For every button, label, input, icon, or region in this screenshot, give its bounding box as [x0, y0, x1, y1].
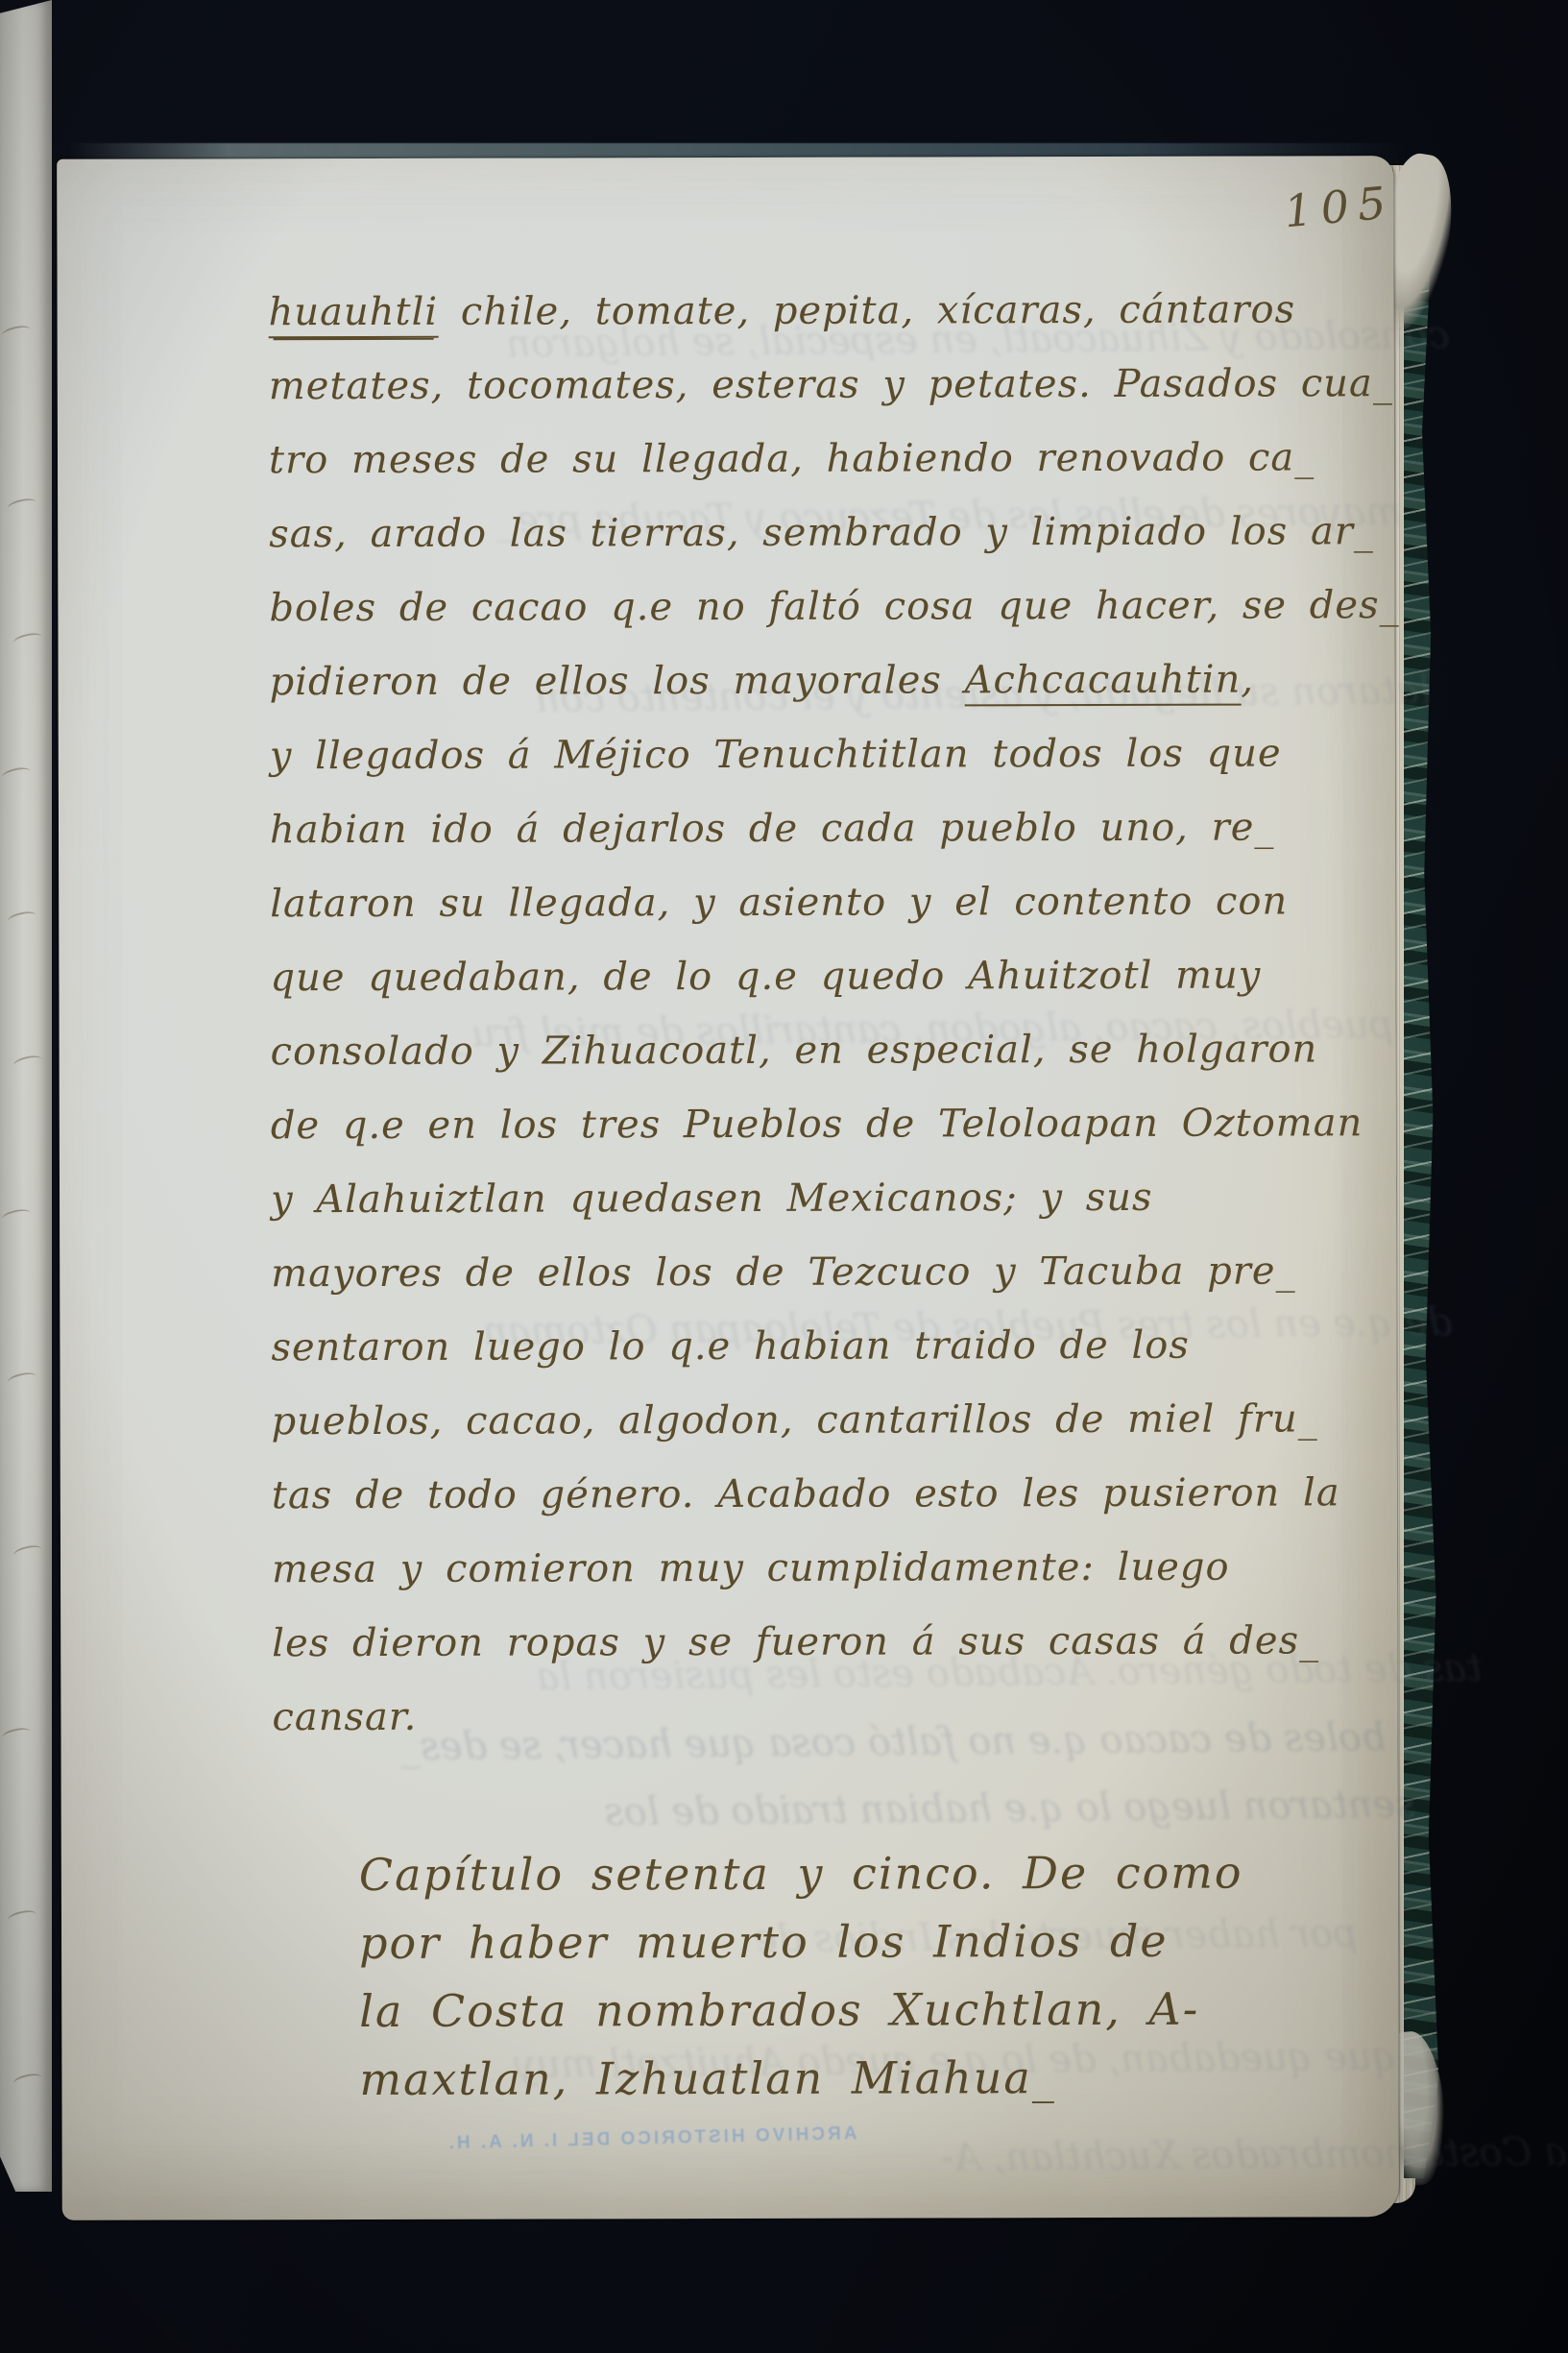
line-text: tro meses de su llegada, habiendo renova…: [269, 435, 1315, 482]
line-text: de q.e en los tres Pueblos de Teloloapan…: [271, 1101, 1363, 1148]
line-text: metates, tocomates, esteras y petates. P…: [269, 361, 1393, 408]
manuscript-line-4: sas, arado las tierras, sembrado y limpi…: [269, 495, 1411, 571]
manuscript-line-14: mayores de ellos los de Tezcuco y Tacuba…: [271, 1234, 1413, 1311]
line-text: sentaron luego lo q.e habian traido de l…: [271, 1323, 1190, 1371]
edge-ink-mark: [1, 1726, 32, 1744]
manuscript-line-8: habian ido á dejarlos de cada pueblo uno…: [270, 790, 1412, 867]
manuscript-line-7: y llegados á Méjico Tenuchtitlan todos l…: [270, 716, 1412, 793]
underlined-word: Achcacauhtin: [965, 658, 1242, 707]
line-text: pidieron de ellos los mayorales: [270, 658, 965, 704]
line-text: que quedaban, de lo q.e quedo Ahuitzotl …: [270, 954, 1261, 1001]
underlined-word: huauhtli: [269, 290, 439, 338]
previous-page-edge: [0, 0, 52, 2192]
line-text: mesa y comieron muy cumplidamente: luego: [272, 1545, 1230, 1592]
edge-ink-mark: [7, 497, 37, 515]
line-text: ,: [1241, 658, 1254, 702]
line-text: pueblos, cacao, algodon, cantarillos de …: [272, 1396, 1318, 1443]
manuscript-line-5: boles de cacao q.e no faltó cosa que hac…: [269, 569, 1411, 645]
photo-background: consolado y Zihuacoatl, en especial, se …: [0, 0, 1568, 2353]
line-text: sas, arado las tierras, sembrado y limpi…: [269, 509, 1374, 556]
manuscript-line-10: que quedaban, de lo q.e quedo Ahuitzotl …: [270, 938, 1412, 1015]
manuscript-line-9: lataron su llegada, y asiento y el conte…: [270, 864, 1412, 941]
edge-ink-mark: [1, 1207, 32, 1225]
edge-ink-mark: [12, 631, 43, 649]
line-text: les dieron ropas y se fueron á sus casas…: [272, 1618, 1319, 1665]
line-text: mayores de ellos los de Tezcuco y Tacuba…: [271, 1249, 1295, 1296]
manuscript-line-2: metates, tocomates, esteras y petates. P…: [269, 347, 1411, 424]
archive-stamp: ARCHIVO HISTORICO DEL I. N. A. H.: [444, 2123, 856, 2154]
manuscript-page: consolado y Zihuacoatl, en especial, se …: [57, 156, 1399, 2220]
line-text: chile, tomate, pepita, xícaras, cántaros: [438, 287, 1295, 333]
line-text: habian ido á dejarlos de cada pueblo uno…: [270, 806, 1274, 853]
archive-stamp-text: ARCHIVO HISTORICO DEL I. N. A. H.: [446, 2123, 856, 2153]
line-text: boles de cacao q.e no faltó cosa que hac…: [269, 583, 1399, 630]
edge-ink-mark: [1, 765, 32, 784]
manuscript-line-6: pidieron de ellos los mayorales Achcacau…: [270, 643, 1412, 719]
edge-ink-mark: [12, 2072, 43, 2090]
chapter-heading-line-1: Capítulo setenta y cinco. De como: [359, 1838, 1319, 1909]
edge-ink-mark: [7, 1908, 37, 1927]
line-text: lataron su llegada, y asiento y el conte…: [270, 879, 1288, 926]
line-text: y Alahuiztlan quedasen Mexicanos; y sus: [271, 1176, 1153, 1222]
chapter-heading: Capítulo setenta y cinco. De comopor hab…: [359, 1838, 1320, 2114]
edge-ink-mark: [7, 1371, 37, 1389]
manuscript-line-13: y Alahuiztlan quedasen Mexicanos; y sus: [271, 1160, 1413, 1237]
manuscript-line-3: tro meses de su llegada, habiendo renova…: [269, 421, 1411, 497]
manuscript-line-15: sentaron luego lo q.e habian traido de l…: [271, 1308, 1413, 1385]
line-text: cansar.: [272, 1695, 417, 1739]
manuscript-line-16: pueblos, cacao, algodon, cantarillos de …: [272, 1382, 1414, 1459]
edge-ink-mark: [12, 1543, 43, 1562]
manuscript-line-20: cansar.: [272, 1678, 1414, 1755]
bleed-through-line-8: sentaron luego lo q.e habian traido de l…: [311, 1783, 1415, 1837]
chapter-heading-line-4: maxtlan, Izhuatlan Miahua_: [359, 2043, 1319, 2114]
line-text: tas de todo género. Acabado esto les pus…: [272, 1470, 1340, 1517]
manuscript-line-1: huauhtli chile, tomate, pepita, xícaras,…: [269, 273, 1411, 350]
page-number: 105: [1282, 176, 1396, 237]
manuscript-line-19: les dieron ropas y se fueron á sus casas…: [272, 1604, 1414, 1681]
edge-ink-mark: [12, 1054, 43, 1072]
manuscript-body: huauhtli chile, tomate, pepita, xícaras,…: [269, 273, 1415, 1755]
chapter-heading-line-3: la Costa nombrados Xuchtlan, A-: [359, 1975, 1319, 2046]
manuscript-line-18: mesa y comieron muy cumplidamente: luego: [272, 1530, 1414, 1607]
manuscript-line-11: consolado y Zihuacoatl, en especial, se …: [271, 1012, 1413, 1089]
edge-ink-mark: [7, 910, 37, 928]
line-text: consolado y Zihuacoatl, en especial, se …: [271, 1027, 1318, 1074]
edge-ink-mark: [1, 324, 32, 342]
manuscript-line-17: tas de todo género. Acabado esto les pus…: [272, 1456, 1414, 1533]
line-text: y llegados á Méjico Tenuchtitlan todos l…: [270, 731, 1282, 778]
manuscript-line-12: de q.e en los tres Pueblos de Teloloapan…: [271, 1086, 1413, 1163]
chapter-heading-line-2: por haber muerto los Indios de: [359, 1906, 1319, 1977]
